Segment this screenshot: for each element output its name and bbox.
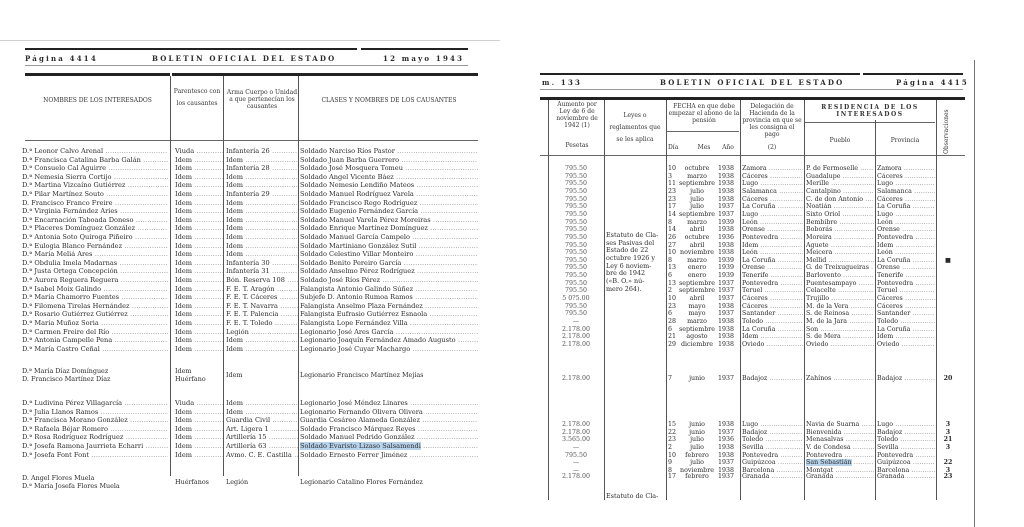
leader-dots: ........................................… bbox=[243, 156, 298, 164]
cell-text: Guardia Cesáreo Alameda González bbox=[300, 416, 420, 424]
cell-text: D.ª Rafaela Béjar Romero bbox=[22, 425, 108, 433]
cell-text: F. E. T. Aragón bbox=[226, 285, 275, 293]
leader-dots: ........................................… bbox=[243, 207, 298, 215]
leader-dots: ........................................… bbox=[192, 267, 223, 275]
cell-text: Zahínos bbox=[806, 375, 831, 382]
leader-dots: ........................................… bbox=[118, 207, 168, 215]
cell-text: Oviedo bbox=[742, 341, 764, 348]
col-header-anio: Año bbox=[716, 144, 740, 151]
leader-dots: ........................................… bbox=[100, 345, 168, 353]
leader-dots: ........................................… bbox=[243, 408, 298, 416]
leader-dots: ........................................… bbox=[192, 156, 223, 164]
cell-text: Soldado Francisco Rego Rodríguez bbox=[300, 199, 417, 207]
cell-text: Viuda bbox=[175, 147, 194, 155]
leader-dots: ........................................… bbox=[413, 293, 478, 301]
cell-text: D. Francisco Franco Freire bbox=[22, 199, 113, 207]
cell-text: Granada bbox=[806, 473, 833, 480]
group2-parentesco: Huérfanos bbox=[175, 478, 209, 486]
causante-cell: Soldado Ernesto Ferrer Jiménez .........… bbox=[300, 451, 478, 460]
leader-dots: ........................................… bbox=[243, 233, 298, 241]
cell-text: Soldado Manuel Rodríguez Varela bbox=[300, 190, 414, 198]
leader-dots: ........................................… bbox=[192, 408, 223, 416]
cell-text: Idem bbox=[175, 442, 192, 450]
group1-causante: Legionario Francisco Martínez Mejías bbox=[300, 371, 423, 379]
leader-dots: ........................................… bbox=[122, 399, 168, 407]
leader-dots: ........................................… bbox=[904, 473, 935, 480]
leader-dots: ........................................… bbox=[418, 207, 478, 215]
header-rule bbox=[25, 48, 357, 50]
cell-text: Bón. Reserva 108 bbox=[226, 276, 285, 284]
leader-dots: ........................................… bbox=[266, 442, 298, 450]
leader-dots: ........................................… bbox=[275, 285, 298, 293]
cell-text: Idem bbox=[175, 259, 192, 267]
cell-text: Idem bbox=[175, 293, 192, 301]
cell-text: Idem bbox=[175, 156, 192, 164]
cell-text: Idem bbox=[226, 181, 243, 189]
leader-dots: ........................................… bbox=[413, 250, 478, 258]
leader-dots: ........................................… bbox=[119, 293, 168, 301]
cell-text: Guardia Civil bbox=[226, 416, 270, 424]
mes-cell: diciembre bbox=[678, 340, 716, 349]
cell-text: F. E. T. Palencia bbox=[226, 310, 278, 318]
dia-cell: 17 bbox=[668, 472, 678, 481]
leader-dots: ........................................… bbox=[117, 259, 168, 267]
cell-text: Legión bbox=[226, 328, 249, 336]
cell-text: D.ª Josefa Font Font bbox=[22, 451, 89, 459]
pesetas-cell: 2.178.00 bbox=[550, 472, 602, 481]
cell-text: Granada bbox=[742, 473, 769, 480]
table-row: D.ª María Castro Ceñal .................… bbox=[22, 345, 478, 354]
leader-dots: ........................................… bbox=[109, 328, 168, 336]
leader-dots: ........................................… bbox=[113, 199, 168, 207]
page-title: BOLETIN OFICIAL DEL ESTADO bbox=[660, 78, 844, 87]
leader-dots: ........................................… bbox=[192, 259, 223, 267]
observaciones-cell: 23 bbox=[938, 472, 958, 481]
leader-dots: ........................................… bbox=[401, 259, 478, 267]
page-number: Página 4415 bbox=[896, 78, 969, 87]
cell-text: Idem bbox=[175, 224, 192, 232]
cell-text: D.ª Rosario Gutiérrez Gutiérrez bbox=[22, 310, 128, 318]
cell-text: Idem bbox=[175, 242, 192, 250]
cell-text: Idem bbox=[175, 433, 192, 441]
header-bottom-rule bbox=[25, 140, 478, 141]
cell-text: D.ª Ludivina Pérez Villagarcía bbox=[22, 399, 122, 407]
leader-dots: ........................................… bbox=[408, 319, 478, 327]
cell-text: Idem bbox=[175, 164, 192, 172]
group1-nombre: D.ª María Díaz Domínguez bbox=[22, 367, 108, 375]
cell-text: Soldado Nemesio Lendiño Mateos bbox=[300, 181, 414, 189]
cell-text: Soldado Evaristo Lizaso Salsamendi bbox=[300, 442, 421, 450]
cell-text: Soldado Narciso Ríos Pastor bbox=[300, 147, 395, 155]
leader-dots: ........................................… bbox=[423, 302, 478, 310]
leader-dots: ........................................… bbox=[106, 164, 168, 172]
leader-dots: ........................................… bbox=[243, 250, 298, 258]
leader-dots: ........................................… bbox=[428, 224, 478, 232]
cell-text: Soldado José Mosquera Tomeu bbox=[300, 164, 403, 172]
cell-text: Idem bbox=[175, 328, 192, 336]
col-header-pueblo: Pueblo bbox=[806, 137, 874, 144]
cell-text: Idem bbox=[226, 408, 243, 416]
group1-parentesco: Huérfano bbox=[175, 375, 206, 383]
group1-parentesco: Idem bbox=[175, 367, 191, 375]
leader-dots: ........................................… bbox=[414, 190, 478, 198]
cell-text: Soldado Manuel Varela Pérez Moreiras bbox=[300, 216, 431, 224]
leader-dots: ........................................… bbox=[112, 336, 168, 344]
mes-cell: febrero bbox=[678, 472, 716, 481]
cell-text: Oviedo bbox=[877, 341, 899, 348]
table-top-rule bbox=[25, 73, 170, 76]
leader-dots: ........................................… bbox=[416, 425, 478, 433]
leader-dots: ........................................… bbox=[408, 399, 478, 407]
header-rule bbox=[361, 48, 468, 50]
leader-dots: ........................................… bbox=[98, 408, 168, 416]
group2-arma: Legión bbox=[226, 478, 248, 486]
cell-text: Soldado Celestino Villar Monteiro bbox=[300, 250, 413, 258]
anio-cell: 1937 bbox=[718, 374, 740, 383]
cell-text: D.ª Justa Ortega Concepción bbox=[22, 267, 118, 275]
table-top-rule bbox=[172, 73, 478, 76]
leader-dots: ........................................… bbox=[123, 433, 168, 441]
cell-text: D.ª Carmen Freire del Río bbox=[22, 328, 109, 336]
group2-nombre: D. Angel Flores Muela bbox=[22, 474, 94, 482]
cell-text: Soldado Ernesto Ferrer Jiménez bbox=[300, 451, 407, 459]
cell-text: Idem bbox=[226, 233, 243, 241]
leader-dots: ........................................… bbox=[270, 147, 298, 155]
leader-dots: ........................................… bbox=[192, 242, 223, 250]
leader-dots: ........................................… bbox=[416, 242, 478, 250]
cell-text: F. E. T. Cáceres bbox=[226, 293, 277, 301]
leader-dots: ........................................… bbox=[380, 276, 478, 284]
col-header-leyes: Leyes o reglamentos que se les aplica bbox=[606, 110, 664, 146]
leader-dots: ........................................… bbox=[270, 267, 298, 275]
pesetas-cell: 2.178.00 bbox=[550, 374, 602, 383]
leader-dots: ........................................… bbox=[192, 319, 223, 327]
leader-dots: ........................................… bbox=[249, 328, 298, 336]
anio-cell: 1938 bbox=[718, 340, 740, 349]
leader-dots: ........................................… bbox=[192, 173, 223, 181]
leader-dots: ........................................… bbox=[192, 336, 223, 344]
cell-text: Avmo. C. E. Castilla bbox=[226, 451, 292, 459]
cell-text: D.ª María Muñoz Soria bbox=[22, 319, 99, 327]
leader-dots: ........................................… bbox=[764, 341, 803, 348]
cell-text: Idem bbox=[175, 181, 192, 189]
group2-causante: Legionario Catalino Flores Fernández bbox=[300, 478, 423, 486]
leader-dots: ........................................… bbox=[192, 216, 223, 224]
leader-dots: ........................................… bbox=[269, 425, 298, 433]
leader-dots: ........................................… bbox=[769, 473, 803, 480]
cell-text: Artillería 15 bbox=[226, 433, 266, 441]
leader-dots: ........................................… bbox=[192, 224, 223, 232]
cell-text: Idem bbox=[226, 250, 243, 258]
cell-text: Infantería 26 bbox=[226, 147, 270, 155]
cell-text: D.ª Francisca Catalina Barba Galán bbox=[22, 156, 141, 164]
nombre-cell: D.ª María Castro Ceñal .................… bbox=[22, 345, 168, 354]
cell-text: Soldado Juan Barba Guerrero bbox=[300, 156, 399, 164]
leader-dots: ........................................… bbox=[192, 451, 223, 459]
page-title: BOLETIN OFICIAL DEL ESTADO bbox=[152, 54, 336, 63]
leader-dots: ........................................… bbox=[192, 425, 223, 433]
cell-text: Legionario José Méndez Linares bbox=[300, 399, 408, 407]
leader-dots: ........................................… bbox=[118, 267, 168, 275]
leader-dots: ........................................… bbox=[141, 156, 168, 164]
arma-cell: Avmo. C. E. Castilla ...................… bbox=[226, 451, 298, 460]
leader-dots: ........................................… bbox=[243, 345, 298, 353]
cell-text: Badajoz bbox=[877, 375, 902, 382]
arma-cell: Idem ...................................… bbox=[226, 345, 298, 354]
col-header-fecha: FECHA en que debe empezar el abono de la… bbox=[668, 103, 740, 124]
cell-text: D.ª Consuelo Cal Aguirre bbox=[22, 164, 106, 172]
leader-dots: ........................................… bbox=[192, 250, 223, 258]
leader-dots: ........................................… bbox=[899, 341, 935, 348]
page-date: 12 mayo 1943 bbox=[383, 54, 464, 63]
leader-dots: ........................................… bbox=[192, 442, 223, 450]
cell-text: Soldado Martiniano González Sutil bbox=[300, 242, 416, 250]
leader-dots: ........................................… bbox=[135, 224, 168, 232]
leader-dots: ........................................… bbox=[192, 181, 223, 189]
col-header-arma: Arma Cuerpo o Unidad a que pertenecían l… bbox=[226, 89, 298, 110]
cell-text: Legionario Joaquín Fernández Amado Augus… bbox=[300, 336, 456, 344]
leader-dots: ........................................… bbox=[118, 276, 168, 284]
cell-text: Infantería 29 bbox=[226, 190, 270, 198]
cell-text: F. E. T. Navarra bbox=[226, 302, 278, 310]
leader-dots: ........................................… bbox=[192, 190, 223, 198]
leader-dots: ........................................… bbox=[192, 276, 223, 284]
parentesco-cell: Idem ...................................… bbox=[175, 345, 223, 354]
mes-cell: junio bbox=[678, 374, 716, 383]
cell-text: Artillería 63 bbox=[226, 442, 266, 450]
leader-dots: ........................................… bbox=[272, 319, 298, 327]
cell-text: D.ª Leonor Calvo Arenal bbox=[22, 147, 103, 155]
cell-text: Idem bbox=[226, 216, 243, 224]
leader-dots: ........................................… bbox=[243, 216, 298, 224]
cell-text: Idem bbox=[175, 276, 192, 284]
cell-text: Soldado Angel Vicente Báez bbox=[300, 173, 394, 181]
cell-text: Falangista Lope Fernández Villa bbox=[300, 319, 408, 327]
leader-dots: ........................................… bbox=[421, 442, 478, 450]
fecha-divider bbox=[667, 131, 739, 132]
col-header-provincia: Provincia bbox=[876, 137, 934, 144]
cell-text: D.ª María Castro Ceñal bbox=[22, 345, 100, 353]
pueblo-cell: Granada ................................… bbox=[806, 472, 874, 481]
cell-text: Soldado Francisco Márquez Reyes bbox=[300, 425, 416, 433]
col-header-residencia: RESIDENCIA DE LOS INTERESADOS bbox=[806, 104, 934, 118]
observaciones-cell: 20 bbox=[938, 374, 958, 383]
cell-text: Subjefe D. Antonio Rumoa Ramos bbox=[300, 293, 413, 301]
leader-dots: ........................................… bbox=[143, 442, 168, 450]
leader-dots: ........................................… bbox=[278, 302, 298, 310]
leader-dots: ........................................… bbox=[128, 310, 168, 318]
leader-dots: ........................................… bbox=[192, 293, 223, 301]
leader-dots: ........................................… bbox=[192, 345, 223, 353]
leader-dots: ........................................… bbox=[133, 233, 168, 241]
col-header-dia: Día bbox=[668, 144, 688, 151]
cell-text: D.ª María Chamorro Fuentes bbox=[22, 293, 119, 301]
leader-dots: ........................................… bbox=[270, 259, 298, 267]
leader-dots: ........................................… bbox=[423, 408, 478, 416]
cell-text: Falangista Anselmo Plaza Fernández bbox=[300, 302, 423, 310]
leader-dots: ........................................… bbox=[413, 285, 478, 293]
causante-cell: Legionario José Cuyar Machargo .........… bbox=[300, 345, 478, 354]
cell-text: Idem bbox=[175, 416, 192, 424]
col-header-mes: Mes bbox=[692, 144, 716, 151]
pueblo-cell: Oviedo .................................… bbox=[806, 340, 874, 349]
cell-text: D.ª Nemesia Sierra Cortijo bbox=[22, 173, 112, 181]
cell-text: D.ª Antonia Campelle Pena bbox=[22, 336, 112, 344]
cell-text: Badajoz bbox=[742, 375, 767, 382]
leader-dots: ........................................… bbox=[278, 310, 298, 318]
delegacion-cell: Oviedo .................................… bbox=[742, 340, 803, 349]
right-page-4415: m. 133 BOLETIN OFICIAL DEL ESTADO Página… bbox=[540, 60, 975, 527]
leader-dots: ........................................… bbox=[243, 336, 298, 344]
cell-text: D.ª Antonia Soto Quiroga Piñeiro bbox=[22, 233, 133, 241]
group2-nombre: D.ª María Josefa Flores Muela bbox=[22, 482, 120, 490]
cell-text: Soldado Manuel García Campelo bbox=[300, 233, 410, 241]
leader-dots: ........................................… bbox=[192, 416, 223, 424]
cell-text: D.ª Martina Vizcaíno Gutiérrez bbox=[22, 181, 125, 189]
leader-dots: ........................................… bbox=[410, 345, 478, 353]
cell-text: D.ª Isabel Moix Galindo bbox=[22, 285, 101, 293]
col-header-parentesco: Parentesco con los causantes bbox=[172, 86, 222, 110]
cell-text: Art. Ligera 1 bbox=[226, 425, 269, 433]
dia-cell: 7 bbox=[668, 374, 678, 383]
provincia-cell: Badajoz ................................… bbox=[877, 374, 935, 383]
cell-text: D.ª Encarnación Taboada Doneso bbox=[22, 216, 133, 224]
cell-text: Falangista Antonio Galindo Súñez bbox=[300, 285, 413, 293]
leader-dots: ........................................… bbox=[103, 147, 168, 155]
residencia-divider bbox=[805, 122, 935, 123]
cell-text: Idem bbox=[226, 156, 243, 164]
leader-dots: ........................................… bbox=[414, 181, 478, 189]
col-header-pesetas: Pesetas bbox=[552, 142, 602, 149]
cell-text: Legionario José Ares García bbox=[300, 328, 393, 336]
page-label: m. 133 bbox=[542, 78, 582, 87]
header-rule bbox=[540, 73, 860, 75]
cell-text: Idem bbox=[175, 345, 192, 353]
cell-text: Idem bbox=[175, 425, 192, 433]
anio-cell: 1937 bbox=[718, 472, 740, 481]
cell-text: Idem bbox=[175, 302, 192, 310]
cell-text: F. E. T. Toledo bbox=[226, 319, 272, 327]
leyes-text-bottom: Estatuto de Cla- bbox=[606, 492, 658, 500]
leader-dots: ........................................… bbox=[395, 147, 478, 155]
cell-text: D.ª Julia Llanos Ramos bbox=[22, 408, 98, 416]
cell-text: Soldado Eugenio Fernández García bbox=[300, 207, 418, 215]
cell-text: Idem bbox=[175, 267, 192, 275]
leader-dots: ........................................… bbox=[192, 199, 223, 207]
cell-text: Idem bbox=[226, 336, 243, 344]
cell-text: D.ª María Meliá Ares bbox=[22, 250, 92, 258]
col-header-aumento: Aumento por Ley de 6 de noviembre de 194… bbox=[552, 101, 602, 129]
cell-text: Idem bbox=[226, 242, 243, 250]
cell-text: Idem bbox=[175, 310, 192, 318]
dia-cell: 29 bbox=[668, 340, 678, 349]
leader-dots: ........................................… bbox=[270, 416, 298, 424]
table-row: D.ª Josefa Font Font ...................… bbox=[22, 451, 478, 460]
leader-dots: ........................................… bbox=[833, 473, 874, 480]
pesetas-cell: 2.178.00 bbox=[550, 340, 602, 349]
cell-text: D.ª Aurora Reguera Reguera bbox=[22, 276, 118, 284]
cell-text: Idem bbox=[175, 336, 192, 344]
cell-text: Idem bbox=[175, 250, 192, 258]
col-header-observaciones: Observaciones bbox=[943, 104, 950, 154]
col-header-delegacion-note: (2) bbox=[742, 144, 802, 151]
leader-dots: ........................................… bbox=[270, 190, 298, 198]
cell-text: Idem bbox=[175, 285, 192, 293]
leader-dots: ........................................… bbox=[192, 310, 223, 318]
provincia-cell: Oviedo .................................… bbox=[877, 340, 935, 349]
divider bbox=[540, 89, 963, 90]
leader-dots: ........................................… bbox=[194, 399, 223, 407]
leader-dots: ........................................… bbox=[192, 302, 223, 310]
group1-nombre: D. Francisco Martínez Díaz bbox=[22, 375, 110, 383]
leader-dots: ........................................… bbox=[427, 310, 478, 318]
leader-dots: ........................................… bbox=[415, 267, 478, 275]
leader-dots: ........................................… bbox=[831, 375, 874, 382]
leader-dots: ........................................… bbox=[270, 164, 298, 172]
leader-dots: ........................................… bbox=[243, 199, 298, 207]
leader-dots: ........................................… bbox=[431, 216, 478, 224]
leader-dots: ........................................… bbox=[128, 416, 168, 424]
leader-dots: ........................................… bbox=[108, 425, 168, 433]
cell-text: Falangista Eufrasio Gutiérrez Esnaola bbox=[300, 310, 427, 318]
cell-text: Soldado José Ríos Pérez bbox=[300, 276, 380, 284]
cell-text: Idem bbox=[226, 173, 243, 181]
cell-text: Idem bbox=[175, 233, 192, 241]
cell-text: Infantería 30 bbox=[226, 259, 270, 267]
cell-text: Soldado Enrique Martínez Domínguez bbox=[300, 224, 428, 232]
leader-dots: ........................................… bbox=[133, 216, 168, 224]
cell-text: Oviedo bbox=[806, 341, 828, 348]
leader-dots: ........................................… bbox=[101, 285, 168, 293]
pueblo-cell: Zahínos ................................… bbox=[806, 374, 874, 383]
leader-dots: ........................................… bbox=[420, 416, 478, 424]
leader-dots: ........................................… bbox=[266, 433, 298, 441]
table-row: 2.178.0029diciembre1938Oviedo ..........… bbox=[540, 340, 960, 349]
table-row: 2.178.007junio1937Badajoz ..............… bbox=[540, 374, 960, 383]
leader-dots: ........................................… bbox=[417, 199, 478, 207]
cell-text: Idem bbox=[175, 216, 192, 224]
leader-dots: ........................................… bbox=[410, 233, 478, 241]
leader-dots: ........................................… bbox=[192, 207, 223, 215]
leader-dots: ........................................… bbox=[243, 242, 298, 250]
cell-text: D.ª Rosa Rodríguez Rodríguez bbox=[22, 433, 123, 441]
cell-text: Legionario Fernando Olivera Olivera bbox=[300, 408, 423, 416]
leader-dots: ........................................… bbox=[393, 328, 478, 336]
leader-dots: ........................................… bbox=[194, 147, 223, 155]
cell-text: Infantería 28 bbox=[226, 164, 270, 172]
leader-dots: ........................................… bbox=[122, 242, 168, 250]
col-header-clases: CLASES Y NOMBRES DE LOS CAUSANTES bbox=[300, 97, 478, 104]
cell-text: D.ª Filomena Tirelas Hernández bbox=[22, 302, 129, 310]
cell-text: D.ª Eulogia Blanco Fernández bbox=[22, 242, 122, 250]
cell-text: Idem bbox=[175, 190, 192, 198]
cell-text: Soldado Manuel Pedrido González bbox=[300, 433, 415, 441]
col-header-nombres: NOMBRES DE LOS INTERESADOS bbox=[25, 97, 170, 104]
leader-dots: ........................................… bbox=[192, 433, 223, 441]
cell-text: Idem bbox=[175, 199, 192, 207]
leader-dots: ........................................… bbox=[292, 451, 298, 459]
delegacion-cell: Granada ................................… bbox=[742, 472, 803, 481]
page-label: Página 4414 bbox=[25, 54, 98, 63]
leader-dots: ........................................… bbox=[767, 375, 803, 382]
cell-text: Idem bbox=[226, 399, 243, 407]
cell-text: Legionario José Cuyar Machargo bbox=[300, 345, 410, 353]
col-header-delegacion: Delegación de Hacienda de la provincia e… bbox=[742, 103, 802, 138]
leader-dots: ........................................… bbox=[125, 181, 168, 189]
cell-text: Soldado Anselmo Pérez Rodríguez bbox=[300, 267, 415, 275]
leader-dots: ........................................… bbox=[129, 302, 168, 310]
cell-text: Idem bbox=[175, 207, 192, 215]
